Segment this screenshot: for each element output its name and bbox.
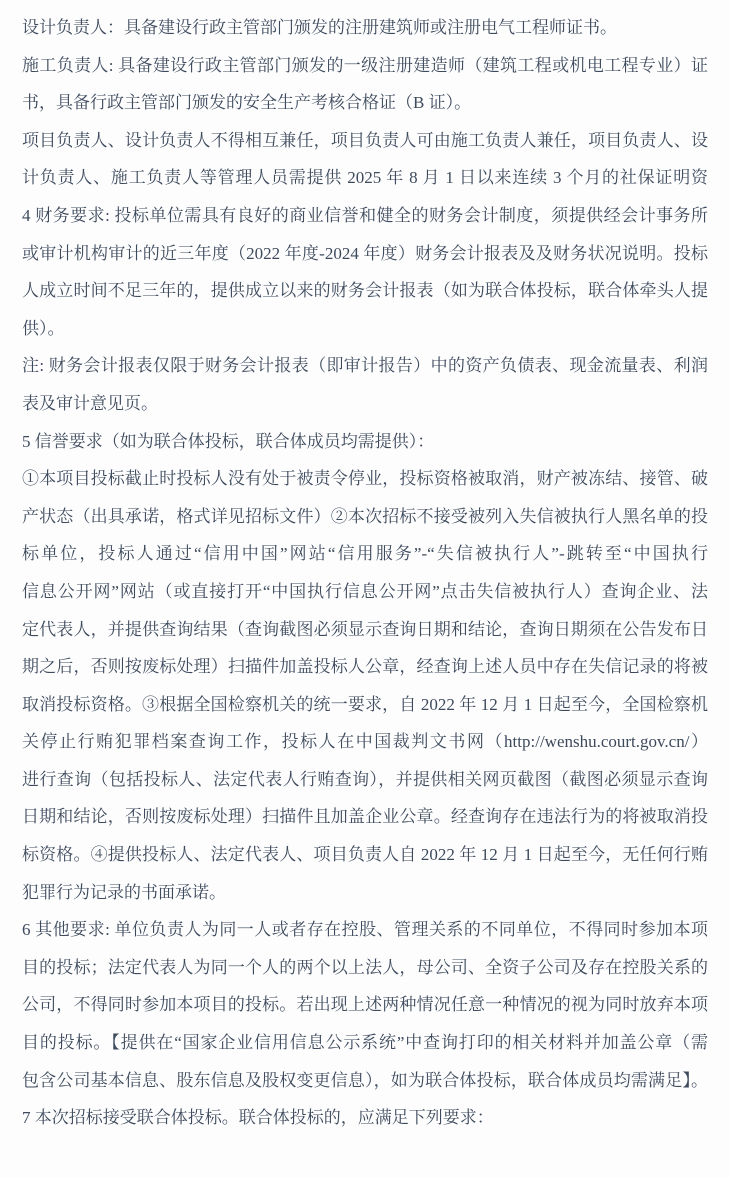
document-line: 公司，不得同时参加本项目的投标。若出现上述两种情况任意一种情况的视为同时放弃本项 <box>22 986 708 1024</box>
document-line: 书，具备行政主管部门颁发的安全生产考核合格证（B 证）。 <box>22 84 708 122</box>
document-line: 定代表人，并提供查询结果（查询截图必须显示查询日期和结论，查询日期须在公告发布日 <box>22 611 708 649</box>
document-line: 注: 财务会计报表仅限于财务会计报表（即审计报告）中的资产负债表、现金流量表、利… <box>22 347 708 385</box>
document-line: 设计负责人：具备建设行政主管部门颁发的注册建筑师或注册电气工程师证书。 <box>22 9 708 47</box>
document-line: 目的投标；法定代表人为同一个人的两个以上法人，母公司、全资子公司及存在控股关系的 <box>22 949 708 987</box>
document-line: 产状态（出具承诺，格式详见招标文件）②本次招标不接受被列入失信被执行人黑名单的投 <box>22 498 708 536</box>
document-line: 供）。 <box>22 310 708 348</box>
document-line: 6 其他要求: 单位负责人为同一人或者存在控股、管理关系的不同单位，不得同时参加… <box>22 911 708 949</box>
document-line: 项目负责人、设计负责人不得相互兼任，项目负责人可由施工负责人兼任，项目负责人、设 <box>22 122 708 160</box>
document-page: 设计负责人：具备建设行政主管部门颁发的注册建筑师或注册电气工程师证书。 施工负责… <box>0 0 730 1178</box>
document-line: 信息公开网”网站（或直接打开“中国执行信息公开网”点击失信被执行人）查询企业、法 <box>22 573 708 611</box>
document-line: 进行查询（包括投标人、法定代表人行贿查询），并提供相关网页截图（截图必须显示查询 <box>22 761 708 799</box>
document-line: 犯罪行为记录的书面承诺。 <box>22 874 708 912</box>
document-line: ①本项目投标截止时投标人没有处于被责令停业，投标资格被取消，财产被冻结、接管、破 <box>22 460 708 498</box>
document-line: 施工负责人: 具备建设行政主管部门颁发的一级注册建造师（建筑工程或机电工程专业）… <box>22 47 708 85</box>
document-line: 人成立时间不足三年的，提供成立以来的财务会计报表（如为联合体投标，联合体牵头人提 <box>22 272 708 310</box>
document-line: 标资格。④提供投标人、法定代表人、项目负责人自 2022 年 12 月 1 日起… <box>22 836 708 874</box>
document-line: 关停止行贿犯罪档案查询工作，投标人在中国裁判文书网（http://wenshu.… <box>22 723 708 761</box>
document-line: 期之后，否则按废标处理）扫描件加盖投标人公章，经查询上述人员中存在失信记录的将被 <box>22 648 708 686</box>
document-line: 包含公司基本信息、股东信息及股权变更信息），如为联合体投标，联合体成员均需满足】… <box>22 1062 708 1100</box>
document-line: 5 信誉要求（如为联合体投标，联合体成员均需提供）： <box>22 423 708 461</box>
document-line: 目的投标。【提供在“国家企业信用信息公示系统”中查询打印的相关材料并加盖公章（需 <box>22 1024 708 1062</box>
document-text-block: 设计负责人：具备建设行政主管部门颁发的注册建筑师或注册电气工程师证书。 施工负责… <box>22 9 708 1137</box>
document-line: 计负责人、施工负责人等管理人员需提供 2025 年 8 月 1 日以来连续 3 … <box>22 159 708 197</box>
document-line: 取消投标资格。③根据全国检察机关的统一要求，自 2022 年 12 月 1 日起… <box>22 686 708 724</box>
document-line: 7 本次招标接受联合体投标。联合体投标的，应满足下列要求： <box>22 1099 708 1137</box>
document-line: 日期和结论，否则按废标处理）扫描件且加盖企业公章。经查询存在违法行为的将被取消投 <box>22 798 708 836</box>
document-line: 标单位，投标人通过“信用中国”网站“信用服务”-“失信被执行人”-跳转至“中国执… <box>22 535 708 573</box>
document-line: 或审计机构审计的近三年度（2022 年度-2024 年度）财务会计报表及及财务状… <box>22 235 708 273</box>
document-line: 4 财务要求: 投标单位需具有良好的商业信誉和健全的财务会计制度，须提供经会计事… <box>22 197 708 235</box>
document-line: 表及审计意见页。 <box>22 385 708 423</box>
